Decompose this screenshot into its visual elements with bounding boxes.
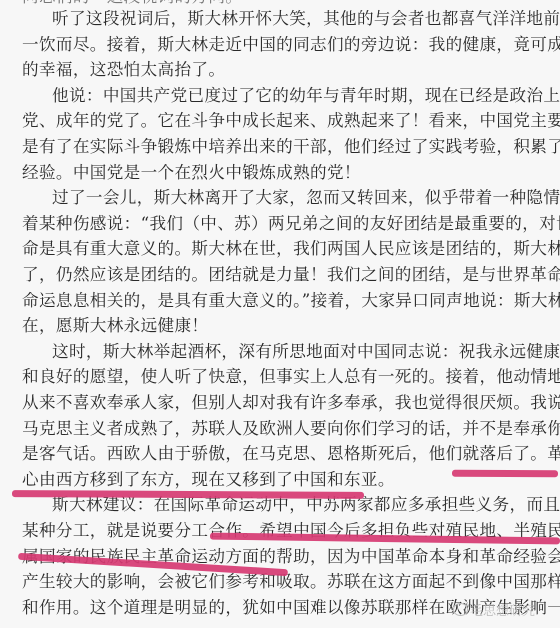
cut-text-line: 同志们的一这段祝词的方向。 xyxy=(22,0,542,6)
text-line: 斯大林建议：在国际革命运动中，中苏两家都应多承担些义务，而且应该有 xyxy=(52,496,542,514)
text-line: 党、成年的党了。它在斗争中成长起来、成熟起来了！看来，中国党主要的成就 xyxy=(22,112,542,130)
text-line: 过了一会儿，斯大林离开了大家，忽而又转回来，似乎带着一种隐情，又带 xyxy=(52,189,542,207)
watermark: 毛思想研究 xyxy=(453,600,535,619)
text-line: 一饮而尽。接着，斯大林走近中国的同志们的旁边说：我的健康，竟可成为大家 xyxy=(22,36,542,54)
text-line: 和良好的愿望，使人听了快意，但事实上人总有一死的。接着，他动情地说：我 xyxy=(22,368,542,386)
text-line: 他说：中国共产党已度过了它的幼年与青年时期，现在已经是政治上成熟的 xyxy=(52,87,542,105)
text-line: 马克思主义者成熟了，苏联人及欧洲人要向你们学习的话，并不是奉承你们，不 xyxy=(22,420,542,438)
text-line: 听了这段祝词后，斯大林开怀大笑，其他的与会者也都喜气洋洋地前来碰杯， xyxy=(52,10,542,28)
text-line: 在，愿斯大林永远健康！ xyxy=(22,317,542,335)
wechat-icon xyxy=(453,603,468,616)
text-line: 从来不喜欢奉承人家，但别人却对我有许多奉承，我也觉得很厌烦。我说的中国 xyxy=(22,394,542,412)
text-line: 着某种伤感说：“我们（中、苏）两兄弟之间的友好团结是最重要的，对世界革 xyxy=(22,215,542,233)
text-line: 命运息息相关的，是具有重大意义的。”接着，大家异口同声地说：斯大林会健 xyxy=(22,292,542,310)
highlight-underline xyxy=(452,470,558,478)
text-line: 经验。中国党是一个在烈火中锻炼成熟的党！ xyxy=(22,164,542,182)
text-line: 命是具有重大意义的。斯大林在世，我们两国人民应该是团结的，斯大林不在世 xyxy=(22,240,542,258)
text-line: 是客气话。西欧人由于骄傲，在马克思、恩格斯死后，他们就落后了。革命的中 xyxy=(22,445,542,463)
text-line: 的幸福，这恐怕太高抬了。 xyxy=(22,61,542,79)
text-line: 了，仍然应该是团结的。团结就是力量！我们之间的团结，是与世界革命和人类 xyxy=(22,266,542,284)
text-line: 是有了在实际斗争锻炼中培养出来的干部，他们经过了实践考验，积累了丰富的 xyxy=(22,138,542,156)
document-page: 同志们的一这段祝词的方向。 听了这段祝词后，斯大林开怀大笑，其他的与会者也都喜气… xyxy=(0,0,560,628)
text-line: 这时，斯大林举起酒杯，深有所思地面对中国同志说：祝我永远健康的美词 xyxy=(52,343,542,361)
